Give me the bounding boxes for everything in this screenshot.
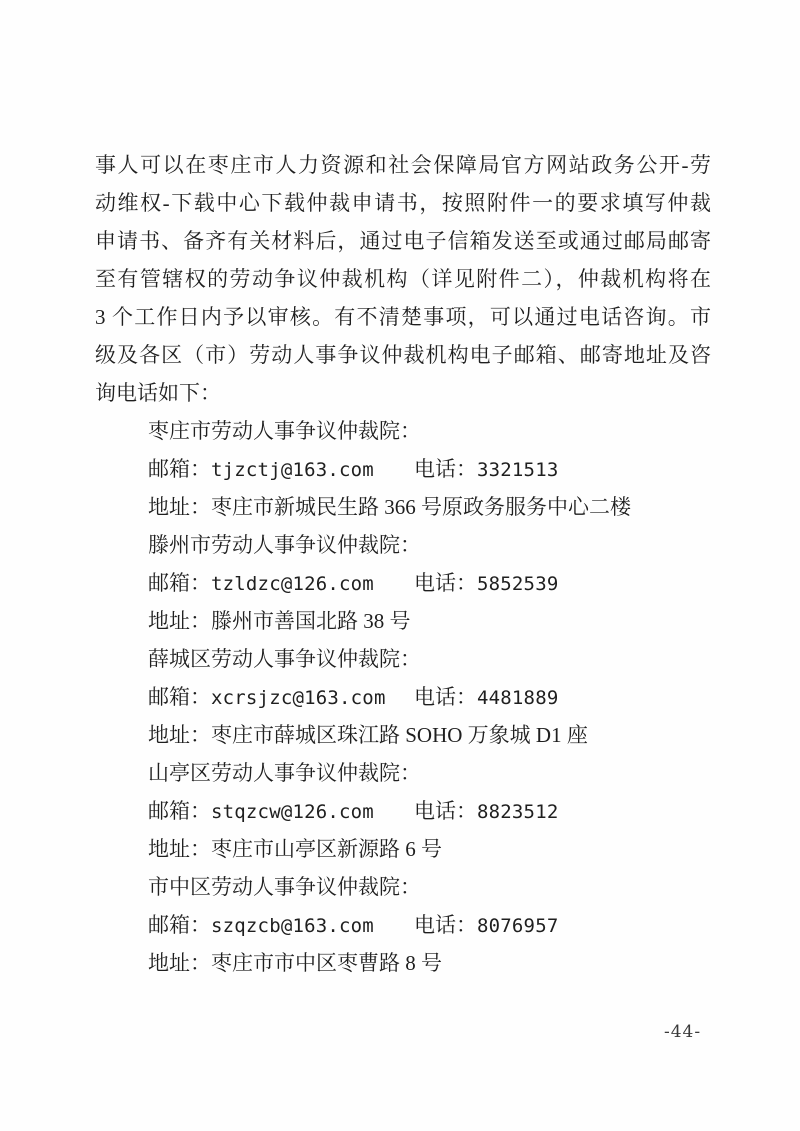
intro-line: 询电话如下： <box>95 374 711 412</box>
intro-paragraph: 事人可以在枣庄市人力资源和社会保障局官方网站政务公开-劳 动维权-下载中心下载仲… <box>95 146 711 412</box>
address-value: 枣庄市薛城区珠江路 SOHO 万象城 D1 座 <box>211 723 588 747</box>
agency-name: 薛城区劳动人事争议仲裁院： <box>95 640 711 678</box>
phone-label: 电话： <box>414 913 477 937</box>
agency-name: 枣庄市劳动人事争议仲裁院： <box>95 412 711 450</box>
agency-name: 山亭区劳动人事争议仲裁院： <box>95 754 711 792</box>
email-label: 邮箱： <box>148 685 211 709</box>
agency-block-tengzhou: 滕州市劳动人事争议仲裁院： 邮箱：tzldzc@126.com电话：585253… <box>95 526 711 640</box>
phone-label: 电话： <box>414 457 477 481</box>
email-label: 邮箱： <box>148 457 211 481</box>
address-label: 地址： <box>148 951 211 975</box>
agency-block-xuecheng: 薛城区劳动人事争议仲裁院： 邮箱：xcrsjzc@163.com电话：44818… <box>95 640 711 754</box>
agency-contact-line: 邮箱：tjzctj@163.com电话：3321513 <box>95 450 711 488</box>
page-number: -44- <box>664 1022 701 1042</box>
agency-name: 市中区劳动人事争议仲裁院： <box>95 868 711 906</box>
phone-value: 5852539 <box>477 573 558 595</box>
agency-address-line: 地址：枣庄市薛城区珠江路 SOHO 万象城 D1 座 <box>95 716 711 754</box>
agency-block-shizhong: 市中区劳动人事争议仲裁院： 邮箱：szqzcb@163.com电话：807695… <box>95 868 711 982</box>
agency-name: 滕州市劳动人事争议仲裁院： <box>95 526 711 564</box>
address-label: 地址： <box>148 837 211 861</box>
address-value: 滕州市善国北路 38 号 <box>211 609 411 633</box>
email-value: xcrsjzc@163.com <box>211 679 414 717</box>
agency-address-line: 地址：枣庄市山亭区新源路 6 号 <box>95 830 711 868</box>
agency-block-zaozhuang: 枣庄市劳动人事争议仲裁院： 邮箱：tjzctj@163.com电话：332151… <box>95 412 711 526</box>
phone-label: 电话： <box>414 799 477 823</box>
address-label: 地址： <box>148 495 211 519</box>
phone-value: 3321513 <box>477 459 558 481</box>
address-value: 枣庄市市中区枣曹路 8 号 <box>211 951 442 975</box>
phone-label: 电话： <box>414 571 477 595</box>
agency-contact-line: 邮箱：szqzcb@163.com电话：8076957 <box>95 906 711 944</box>
agency-address-line: 地址：枣庄市新城民生路 366 号原政务服务中心二楼 <box>95 488 711 526</box>
phone-value: 4481889 <box>477 687 558 709</box>
address-label: 地址： <box>148 723 211 747</box>
address-label: 地址： <box>148 609 211 633</box>
agency-contact-line: 邮箱：xcrsjzc@163.com电话：4481889 <box>95 678 711 716</box>
intro-line: 事人可以在枣庄市人力资源和社会保障局官方网站政务公开-劳 <box>95 146 711 184</box>
document-page: 事人可以在枣庄市人力资源和社会保障局官方网站政务公开-劳 动维权-下载中心下载仲… <box>0 0 800 1131</box>
email-value: tzldzc@126.com <box>211 565 414 603</box>
address-value: 枣庄市山亭区新源路 6 号 <box>211 837 442 861</box>
agency-contact-line: 邮箱：stqzcw@126.com电话：8823512 <box>95 792 711 830</box>
intro-line: 申请书、备齐有关材料后，通过电子信箱发送至或通过邮局邮寄 <box>95 222 711 260</box>
document-body: 事人可以在枣庄市人力资源和社会保障局官方网站政务公开-劳 动维权-下载中心下载仲… <box>95 146 711 982</box>
agency-block-shanting: 山亭区劳动人事争议仲裁院： 邮箱：stqzcw@126.com电话：882351… <box>95 754 711 868</box>
agency-address-line: 地址：滕州市善国北路 38 号 <box>95 602 711 640</box>
intro-line: 3 个工作日内予以审核。有不清楚事项，可以通过电话咨询。市 <box>95 298 711 336</box>
email-value: stqzcw@126.com <box>211 793 414 831</box>
phone-value: 8823512 <box>477 801 558 823</box>
agency-contact-line: 邮箱：tzldzc@126.com电话：5852539 <box>95 564 711 602</box>
agency-address-line: 地址：枣庄市市中区枣曹路 8 号 <box>95 944 711 982</box>
email-label: 邮箱： <box>148 799 211 823</box>
phone-label: 电话： <box>414 685 477 709</box>
address-value: 枣庄市新城民生路 366 号原政务服务中心二楼 <box>211 495 631 519</box>
email-value: tjzctj@163.com <box>211 451 414 489</box>
email-label: 邮箱： <box>148 571 211 595</box>
intro-line: 级及各区（市）劳动人事争议仲裁机构电子邮箱、邮寄地址及咨 <box>95 336 711 374</box>
phone-value: 8076957 <box>477 915 558 937</box>
intro-line: 至有管辖权的劳动争议仲裁机构（详见附件二），仲裁机构将在 <box>95 260 711 298</box>
intro-line: 动维权-下载中心下载仲裁申请书，按照附件一的要求填写仲裁 <box>95 184 711 222</box>
email-label: 邮箱： <box>148 913 211 937</box>
email-value: szqzcb@163.com <box>211 907 414 945</box>
